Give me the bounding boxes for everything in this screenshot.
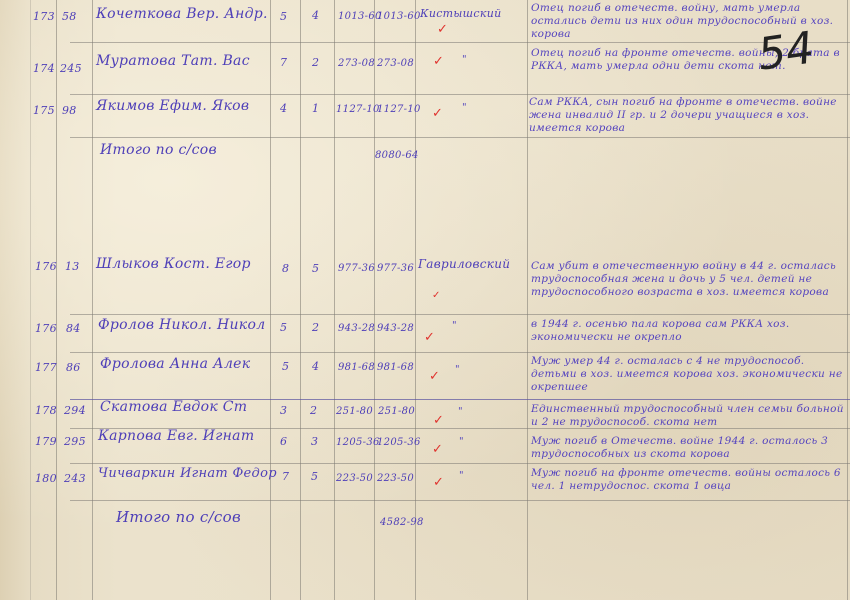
subtotal-label: Итого по с/сов <box>100 142 217 158</box>
check-mark-icon: ✓ <box>432 106 443 121</box>
check-mark-icon: ✓ <box>432 442 443 457</box>
family-count: 6 <box>280 435 287 448</box>
amount-assessed: 273-08 <box>338 58 375 69</box>
person-name: Фролов Никол. Никол <box>98 317 265 333</box>
dependents-count: 4 <box>312 9 319 22</box>
ditto-mark: " <box>455 364 460 375</box>
subtotal-amount: 8080-64 <box>375 150 419 161</box>
amount-assessed: 1205-36 <box>336 437 380 448</box>
reason-note: Муж погиб в Отечеств. войне 1944 г. оста… <box>531 435 849 461</box>
reason-note: Сам РККА, сын погиб на фронте в отечеств… <box>529 96 847 135</box>
check-mark-icon: ✓ <box>437 22 448 37</box>
check-mark-icon: ✓ <box>424 330 435 345</box>
row-divider <box>70 94 850 95</box>
row-number: 179 <box>35 435 57 448</box>
dependents-count: 3 <box>311 435 318 448</box>
ref-number: 245 <box>60 62 82 75</box>
family-count: 7 <box>280 56 287 69</box>
amount-exempt: 273-08 <box>377 58 414 69</box>
dependents-count: 5 <box>311 470 318 483</box>
amount-exempt: 223-50 <box>377 473 414 484</box>
family-count: 4 <box>280 102 287 115</box>
reason-note: Муж умер 44 г. осталась с 4 не трудоспос… <box>531 355 849 394</box>
ref-number: 243 <box>64 472 86 485</box>
row-number: 180 <box>35 472 57 485</box>
grid-line <box>847 0 848 600</box>
ditto-mark: " <box>452 320 457 331</box>
village-council: Гавриловский <box>418 257 510 271</box>
grid-line <box>374 0 375 600</box>
dependents-count: 2 <box>312 56 319 69</box>
dependents-count: 1 <box>312 102 319 115</box>
amount-assessed: 1013-60 <box>338 11 382 22</box>
grid-line <box>56 0 57 600</box>
row-number: 174 <box>33 62 55 75</box>
amount-exempt: 1013-60 <box>377 11 421 22</box>
amount-exempt: 981-68 <box>377 362 414 373</box>
ref-number: 98 <box>62 104 77 117</box>
ref-number: 84 <box>66 322 81 335</box>
amount-assessed: 943-28 <box>338 323 375 334</box>
subtotal-amount: 4582-98 <box>380 517 424 528</box>
check-mark-icon: ✓ <box>433 54 444 69</box>
person-name: Скатова Евдок Ст <box>100 399 247 415</box>
row-number: 176 <box>35 322 57 335</box>
ditto-mark: " <box>462 54 467 65</box>
person-name: Кочеткова Вер. Андр. <box>96 6 268 22</box>
dependents-count: 2 <box>310 404 317 417</box>
row-number: 178 <box>35 404 57 417</box>
grid-line <box>415 0 416 600</box>
row-number: 175 <box>33 104 55 117</box>
ref-number: 58 <box>62 10 77 23</box>
person-name: Муратова Тат. Вас <box>96 53 250 69</box>
grid-line <box>30 0 31 600</box>
village-council: Кистышский <box>420 7 501 20</box>
amount-exempt: 251-80 <box>378 406 415 417</box>
row-divider <box>70 500 850 501</box>
amount-exempt: 977-36 <box>377 263 414 274</box>
check-mark-icon: ✓ <box>433 413 444 428</box>
ref-number: 86 <box>66 361 81 374</box>
amount-assessed: 977-36 <box>338 263 375 274</box>
reason-note: в 1944 г. осенью пала корова сам РККА хо… <box>531 318 849 344</box>
dependents-count: 5 <box>312 262 319 275</box>
family-count: 5 <box>282 360 289 373</box>
dependents-count: 4 <box>312 360 319 373</box>
row-divider <box>70 352 850 353</box>
ditto-mark: " <box>459 470 464 481</box>
row-number: 176 <box>35 260 57 273</box>
ref-number: 295 <box>64 435 86 448</box>
reason-note: Муж погиб на фронте отечеств. войны оста… <box>531 467 849 493</box>
grid-line <box>270 0 271 600</box>
family-count: 3 <box>280 404 287 417</box>
grid-line <box>92 0 93 600</box>
amount-assessed: 223-50 <box>336 473 373 484</box>
person-name: Карпова Евг. Игнат <box>98 428 254 444</box>
amount-assessed: 251-80 <box>336 406 373 417</box>
archival-ledger-page: 173 58 Кочеткова Вер. Андр. 5 4 1013-60 … <box>0 0 850 600</box>
amount-assessed: 1127-10 <box>336 104 380 115</box>
amount-assessed: 981-68 <box>338 362 375 373</box>
grid-line <box>300 0 301 600</box>
dependents-count: 2 <box>312 321 319 334</box>
subtotal-label: Итого по с/сов <box>116 508 241 526</box>
ditto-mark: " <box>462 102 467 113</box>
row-number: 177 <box>35 361 57 374</box>
ditto-mark: " <box>459 436 464 447</box>
grid-line <box>334 0 335 600</box>
page-number-stamp: 54 <box>755 22 818 80</box>
person-name: Шлыков Кост. Егор <box>96 256 251 272</box>
row-divider <box>70 463 850 464</box>
check-mark-icon: ✓ <box>432 290 440 301</box>
ref-number: 13 <box>65 260 80 273</box>
row-divider <box>70 42 850 43</box>
family-count: 7 <box>282 470 289 483</box>
family-count: 5 <box>280 10 287 23</box>
ditto-mark: " <box>458 406 463 417</box>
ref-number: 294 <box>64 404 86 417</box>
grid-line <box>527 0 528 600</box>
reason-note: Единственный трудоспособный член семьи б… <box>531 403 849 429</box>
row-number: 173 <box>33 10 55 23</box>
amount-exempt: 1205-36 <box>377 437 421 448</box>
family-count: 5 <box>280 321 287 334</box>
amount-exempt: 943-28 <box>377 323 414 334</box>
check-mark-icon: ✓ <box>433 475 444 490</box>
reason-note: Сам убит в отечественную войну в 44 г. о… <box>531 260 849 299</box>
check-mark-icon: ✓ <box>429 369 440 384</box>
person-name: Якимов Ефим. Яков <box>96 98 249 114</box>
amount-exempt: 1127-10 <box>377 104 421 115</box>
person-name: Чичваркин Игнат Федор <box>98 466 277 481</box>
row-divider <box>70 314 850 315</box>
row-divider <box>70 137 850 138</box>
family-count: 8 <box>282 262 289 275</box>
person-name: Фролова Анна Алек <box>100 356 250 372</box>
